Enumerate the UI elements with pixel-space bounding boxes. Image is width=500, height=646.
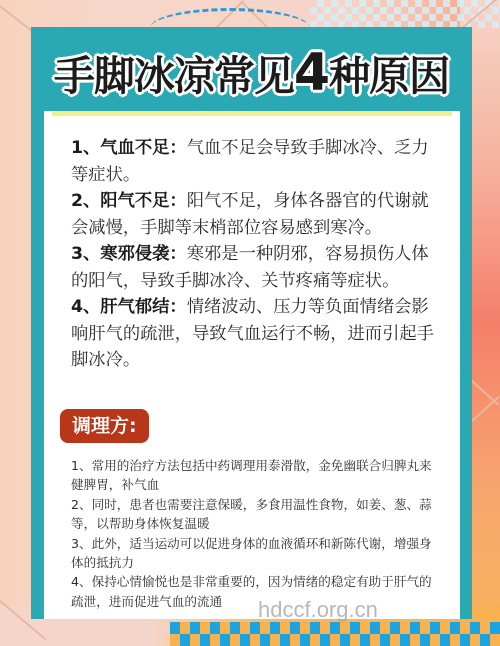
- remedy-heading-badge: 调理方:: [60, 409, 149, 443]
- cause-item: 3、寒邪侵袭：寒邪是一种阴邪，容易损伤人体的阳气，导致手脚冰冷、关节疼痛等症状。: [71, 241, 443, 294]
- checker-pattern-bottom: [170, 622, 500, 646]
- cause-label: 2、阳气不足：: [71, 191, 187, 211]
- title-number: 4: [294, 43, 329, 103]
- page-title: 手脚冰凉常见4种原因: [31, 43, 472, 103]
- remedy-list: 1、常用的治疗方法包括中药调理用泰滑散，金免幽联合归脾丸来健脾胃，补气血 2、同…: [71, 456, 443, 611]
- remedy-item: 3、此外，适当运动可以促进身体的血液循环和新陈代谢，增强身体的抵抗力: [71, 534, 443, 573]
- content-frame: 手脚冰凉常见4种原因 1、气血不足：气血不足会导致手脚冰冷、乏力等症状。 2、阳…: [31, 27, 472, 619]
- cause-item: 2、阳气不足：阳气不足，身体各器官的代谢就会减慢，手脚等末梢部位容易感到寒冷。: [71, 188, 443, 241]
- content-card: 1、气血不足：气血不足会导致手脚冰冷、乏力等症状。 2、阳气不足：阳气不足，身体…: [44, 111, 460, 619]
- remedy-item: 1、常用的治疗方法包括中药调理用泰滑散，金免幽联合归脾丸来健脾胃，补气血: [71, 456, 443, 495]
- yellow-accent-strip: [52, 111, 452, 116]
- causes-list: 1、气血不足：气血不足会导致手脚冰冷、乏力等症状。 2、阳气不足：阳气不足，身体…: [71, 135, 443, 374]
- cause-label: 4、肝气郁结：: [71, 297, 187, 317]
- checker-pattern-top: [310, 0, 500, 28]
- cause-label: 1、气血不足：: [71, 138, 187, 158]
- remedy-item: 2、同时，患者也需要注意保暖，多食用温性食物，如姜、葱、蒜等，以帮助身体恢复温暖: [71, 495, 443, 534]
- remedy-item: 4、保持心情愉悦也是非常重要的，因为情绪的稳定有助于肝气的疏泄，进而促进气血的流…: [71, 572, 443, 611]
- cause-item: 1、气血不足：气血不足会导致手脚冰冷、乏力等症状。: [71, 135, 443, 188]
- cause-label: 3、寒邪侵袭：: [71, 244, 187, 264]
- cause-item: 4、肝气郁结：情绪波动、压力等负面情绪会影响肝气的疏泄，导致气血运行不畅，进而引…: [71, 294, 443, 374]
- title-prefix: 手脚冰凉常见: [54, 52, 294, 100]
- watermark: hdccf.org.cn: [258, 597, 378, 623]
- title-suffix: 种原因: [329, 52, 449, 100]
